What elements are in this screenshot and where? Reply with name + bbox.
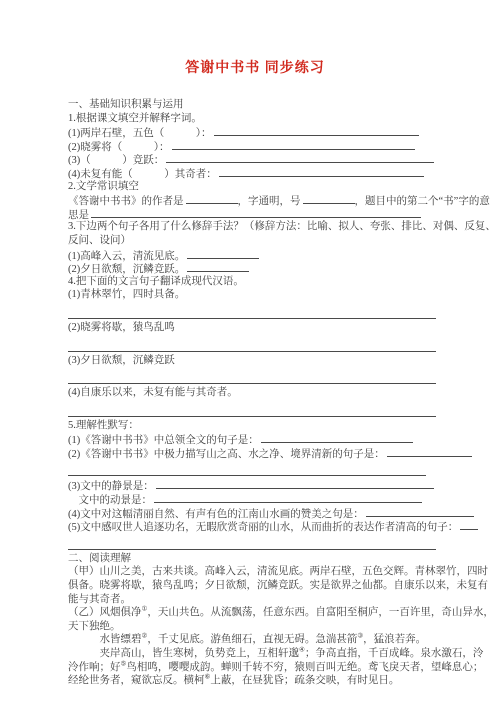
doc-line: 天下独绝。 [68, 620, 442, 634]
answer-blank [187, 261, 249, 272]
doc-text: ，猛浪若奔。 [363, 634, 426, 645]
doc-line: (1)高峰入云，清流见底。 [68, 248, 442, 262]
doc-text: 水皆缥碧 [68, 634, 142, 645]
doc-text: （甲）山川之美，古来共谈。高峰入云，清流见底。两岸石壁，五色交辉。青林翠竹，四时 [68, 566, 488, 577]
doc-line: 泠作响；好⑤鸟相鸣，嘤嘤成韵。蝉则千转不穷，猿则百叫无绝。鸢飞戾天者，望峰息心； [68, 661, 442, 675]
doc-text: 3.下边两个句子各用了什么修辞手法？（修辞方法：比喻、拟人、夸张、排比、对偶、反… [68, 221, 496, 232]
answer-line [68, 404, 436, 417]
doc-title: 答谢中书书 同步练习 [68, 57, 442, 77]
doc-text: (3)文中的静景是： [68, 481, 154, 492]
doc-line: (2)晓雾将（ ）： [68, 139, 442, 153]
doc-text: (1)两岸石壁，五色（ ）： [68, 128, 212, 139]
doc-line: (2)《答谢中书书》中极力描写山之高、水之净、境界清新的句子是： [68, 446, 442, 460]
doc-line: (1)两岸石壁，五色（ ）： [68, 125, 442, 139]
doc-line: 反问、设问） [68, 234, 442, 248]
doc-line: (5)文中感叹世人追逐功名，无暇欣赏奇丽的山水，从而曲折的表达作者清高的句子： [68, 519, 442, 533]
answer-blank [156, 478, 434, 489]
doc-line: 3.下边两个句子各用了什么修辞手法？（修辞方法：比喻、拟人、夸张、排比、对偶、反… [68, 220, 442, 234]
doc-text: ，天山共色。从流飘荡，任意东西。自富阳至桐庐，一百许里，奇山异水， [147, 607, 494, 618]
doc-text: (1)青林翠竹，四时具备。 [68, 289, 185, 300]
doc-line: (4)文中对这幅清丽自然、有声有色的江南山水画的赞美之句是： [68, 506, 442, 520]
doc-line: 二、阅读理解 [68, 552, 442, 566]
doc-text: 4.把下面的文言句子翻译成现代汉语。 [68, 276, 244, 287]
doc-text: （乙）风烟俱净 [68, 607, 142, 618]
doc-text: (2)晓雾将（ ）： [68, 142, 170, 153]
doc-text: 能与其奇者。 [68, 594, 131, 605]
doc-line: (1)青林翠竹，四时具备。 [68, 288, 442, 302]
doc-line: (4)未复有能（ ）其奇者： [68, 166, 442, 180]
doc-text: 2.文学常识填空 [68, 181, 139, 192]
doc-line: 《答谢中书书》的作者是，字通明，号，题目中的第二个“书”字的意 [68, 193, 442, 207]
doc-line: 1.根据课文填空并解释字词。 [68, 112, 442, 126]
doc-body: 一、基础知识积累与运用1.根据课文填空并解释字词。(1)两岸石壁，五色（ ）：(… [68, 98, 442, 688]
answer-blank [303, 193, 355, 204]
doc-text: 俱备。晓雾将歇，猿鸟乱鸣；夕日欲颓，沉鳞竞跃。实是欲界之仙都。自康乐以来，未复有 [68, 580, 488, 591]
doc-text: ，题目中的第二个“书”字的意 [355, 196, 490, 207]
doc-line: (2)晓雾将歇，猿鸟乱鸣 [68, 321, 442, 335]
doc-text: ；争高直指，千百成峰。泉水激石，泠 [305, 648, 484, 659]
doc-text: 文中的动景是： [68, 495, 152, 506]
doc-text: ，字通明，号 [238, 196, 301, 207]
doc-line: (3)文中的静景是： [68, 478, 442, 492]
answer-blank [166, 152, 434, 163]
doc-text: 一、基础知识积累与运用 [68, 99, 184, 110]
doc-text: 泠作响；好 [68, 662, 121, 673]
doc-text: 思是 [68, 210, 89, 221]
doc-text: 1.根据课文填空并解释字词。 [68, 113, 202, 124]
doc-text: (4)文中对这幅清丽自然、有声有色的江南山水画的赞美之句是： [68, 509, 364, 520]
doc-line: 4.把下面的文言句子翻译成现代汉语。 [68, 275, 442, 289]
answer-blank [214, 125, 419, 136]
doc-text: (3)（ ）竞跃： [68, 155, 164, 166]
answer-blank [261, 432, 413, 443]
worksheet-page: 答谢中书书 同步练习 一、基础知识积累与运用1.根据课文填空并解释字词。(1)两… [0, 0, 500, 707]
doc-line: (3)夕日欲颓，沉鳞竞跃 [68, 354, 442, 368]
doc-line: 文中的动景是： [68, 492, 442, 506]
answer-blank [460, 519, 478, 530]
doc-line: 思是 [68, 207, 442, 221]
doc-line: 5.理解性默写： [68, 419, 442, 433]
doc-line: 夹岸高山，皆生寒树，负势竞上，互相轩邈④；争高直指，千百成峰。泉水激石，泠 [68, 647, 442, 661]
answer-blank [387, 446, 472, 457]
doc-text: (4)自康乐以来，未复有能与其奇者。 [68, 387, 238, 398]
doc-text: 夹岸高山，皆生寒树，负势竞上，互相轩邈 [68, 648, 299, 659]
doc-line: 水皆缥碧②，千丈见底。游鱼细石，直视无碍。急湍甚箭③，猛浪若奔。 [68, 633, 442, 647]
answer-blank [186, 193, 238, 204]
doc-text: 天下独绝。 [68, 621, 121, 632]
answer-blank [219, 166, 424, 177]
answer-line [68, 339, 436, 352]
doc-text: (1)《答谢中书书》中总领全文的句子是： [68, 435, 259, 446]
doc-line: 2.文学常识填空 [68, 180, 442, 194]
doc-line: (1)《答谢中书书》中总领全文的句子是： [68, 432, 442, 446]
answer-line [68, 537, 436, 550]
doc-text: 反问、设问） [68, 235, 131, 246]
answer-blank [172, 139, 415, 150]
doc-text: 5.理解性默写： [68, 420, 139, 431]
doc-text: 上蔽，在昼犹昏；疏条交映，有时见日。 [210, 675, 399, 686]
doc-text: (2)《答谢中书书》中极力描写山之高、水之净、境界清新的句子是： [68, 449, 385, 460]
doc-line: 能与其奇者。 [68, 593, 442, 607]
doc-line: 一、基础知识积累与运用 [68, 98, 442, 112]
doc-line: （乙）风烟俱净①，天山共色。从流飘荡，任意东西。自富阳至桐庐，一百许里，奇山异水… [68, 606, 442, 620]
answer-line [68, 463, 426, 476]
doc-text: (1)高峰入云，清流见底。 [68, 251, 185, 262]
doc-text: 二、阅读理解 [68, 553, 131, 564]
doc-text: 经纶世务者，窥欲忘反。横柯 [68, 675, 205, 686]
doc-text: 鸟相鸣，嘤嘤成韵。蝉则千转不穷，猿则百叫无绝。鸢飞戾天者，望峰息心； [126, 662, 483, 673]
doc-text: ，千丈见底。游鱼细石，直视无碍。急湍甚箭 [147, 634, 357, 645]
doc-line: （甲）山川之美，古来共谈。高峰入云，清流见底。两岸石壁，五色交辉。青林翠竹，四时 [68, 565, 442, 579]
answer-line [68, 371, 436, 384]
doc-text: (5)文中感叹世人追逐功名，无暇欣赏奇丽的山水，从而曲折的表达作者清高的句子： [68, 522, 458, 533]
doc-line: 俱备。晓雾将歇，猿鸟乱鸣；夕日欲颓，沉鳞竞跃。实是欲界之仙都。自康乐以来，未复有 [68, 579, 442, 593]
answer-blank [91, 207, 421, 218]
answer-blank [154, 492, 422, 503]
doc-text: (2)夕日欲颓，沉鳞竞跃。 [68, 264, 185, 275]
doc-text: (3)夕日欲颓，沉鳞竞跃 [68, 355, 175, 366]
doc-text: (2)晓雾将歇，猿鸟乱鸣 [68, 322, 175, 333]
doc-line: 经纶世务者，窥欲忘反。横柯⑥上蔽，在昼犹昏；疏条交映，有时见日。 [68, 674, 442, 688]
answer-line [68, 306, 436, 319]
doc-text: (4)未复有能（ ）其奇者： [68, 169, 217, 180]
doc-line: (3)（ ）竞跃： [68, 152, 442, 166]
doc-text: 《答谢中书书》的作者是 [68, 196, 184, 207]
answer-blank [187, 248, 259, 259]
answer-blank [366, 506, 474, 517]
doc-line: (2)夕日欲颓，沉鳞竞跃。 [68, 261, 442, 275]
doc-line: (4)自康乐以来，未复有能与其奇者。 [68, 386, 442, 400]
